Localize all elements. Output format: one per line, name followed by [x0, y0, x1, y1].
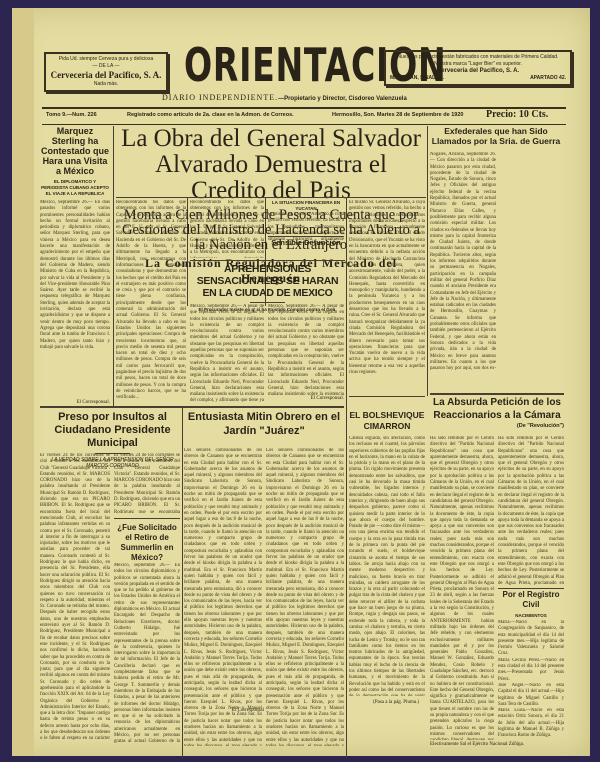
body-yucatan-cont: El mismo Sr. General Alvarado, a cuya ge… — [349, 200, 425, 396]
article-summerlin: ¿Fue Solicitado el Retiro de Summerlin e… — [114, 523, 180, 563]
volume-number: Tomo 9.—Num. 226 — [46, 112, 97, 118]
ad-left-cerveceria: Pida Ud. siempre Cerveza pura y delicios… — [44, 52, 168, 92]
rule — [190, 260, 345, 261]
body-absurda-cont: Ha sido remitido por el Centro directivo… — [498, 436, 564, 586]
masthead-subtitle: DIARIO INDEPENDIENTE.—Propietario y Dire… — [162, 93, 407, 102]
signature-aprehensiones: El Corresponsal. — [268, 396, 344, 401]
ad-left-brand: Cerveceria del Pacifico, S. A. — [50, 70, 162, 81]
body-mitin-cont: Los señores comisionados de los obreros … — [266, 448, 344, 746]
body-main-cont: Reconcentrando los datos que obtenemos c… — [190, 200, 264, 258]
rule — [114, 518, 180, 519]
signature-bolshevique: (Pasa a la pág. Pluma.) — [349, 700, 419, 705]
ad-right-brand: Cerveceria del Pacifico, S. A. — [390, 68, 566, 75]
rule — [430, 393, 564, 395]
signature-absurda: Electivamente Sal el Ejército Nacional Z… — [430, 742, 530, 747]
body-exfederales: Nogales, Arizona, Septiembre 26.— Con di… — [430, 152, 496, 372]
headline-summerlin: ¿Fue Solicitado el Retiro de Summerlin e… — [114, 523, 180, 563]
headline-registro: Por el Registro Civil — [498, 590, 564, 610]
headline-yucatan: LA SITUACION FINANCIERA EN YUCATAN — [268, 200, 344, 212]
owner-text: —Propietario y Director, Cisdoreo Valenz… — [278, 96, 407, 102]
article-mitin: Entusiasta Mitin Obrero en el Jardín "Ju… — [184, 410, 344, 438]
ad-right-cerveceria: Nuestros productos están fabricados con … — [384, 50, 572, 86]
subhead-marquez: EL DIPLOMATICO Y PERIODISTA CUBANO ACEPT… — [40, 179, 110, 197]
registro-entry: María.—Nació en la Congregación de Sanju… — [498, 620, 564, 658]
source-absurda: (De "Revolución") — [430, 422, 564, 430]
headline-absurda: La Absurda Petición de los Reaccionarios… — [430, 396, 564, 422]
body-aprehensiones: México, Septiembre 26.— A pesar de que r… — [190, 304, 264, 402]
price: Precio: 10 Cts. — [486, 109, 548, 120]
rule — [268, 236, 344, 237]
subtitle-text: DIARIO INDEPENDIENTE. — [162, 93, 278, 102]
ad-right-box: APARTADO 42. — [530, 75, 566, 82]
ad-right-line2: Nuestra marca "Lager Bier" es superior. — [390, 61, 566, 68]
rule — [184, 406, 344, 408]
rule — [349, 396, 425, 397]
article-exfederales: Exfederales que han Sido Llamados por la… — [430, 126, 562, 372]
headline-mitin: Entusiasta Mitin Obrero en el Jardín "Ju… — [184, 410, 344, 438]
rule — [40, 406, 185, 408]
main-deck-rule — [116, 197, 426, 198]
article-registro: Por el Registro Civil NACIMIENTOS María.… — [498, 590, 564, 740]
rule — [498, 588, 564, 589]
headline-main: La Obra del General Salvador Alvarado De… — [116, 126, 426, 204]
headline-defuncion: Sensible Defunción — [268, 238, 344, 247]
registro-entry: María Luisa.—Nació en esta estación Orti… — [498, 708, 564, 739]
article-bolshevique: EL BOLSHEVIQUE CIMARRON — [349, 410, 425, 432]
body-preso: El viernes 24 de los corrientes se citó … — [40, 453, 110, 743]
signature-marquez: El Corresponsal. — [40, 400, 110, 405]
registro-entry: María Cecilia Pérez.—Nació en esta ciuda… — [498, 658, 564, 683]
article-marquez: Marquez Sterling ha Contestado que Hara … — [40, 126, 110, 405]
headline-bolshevique: EL BOLSHEVIQUE CIMARRON — [349, 410, 425, 432]
headline-marquez: Marquez Sterling ha Contestado que Hara … — [40, 126, 110, 176]
registro-entry: José Angel.—Nació en esta Capital el día… — [498, 683, 564, 708]
registration-note: Registrado como artículo de 2a. clase en… — [127, 112, 294, 118]
dateline: Hermosillo, Son. Martes 28 de Septiembre… — [332, 112, 463, 118]
ad-right-place: MAZATLAN, SINALOA. — [390, 75, 444, 82]
column-rule — [113, 126, 114, 406]
ad-left-line2: — DE LA — — [50, 63, 162, 70]
headline-aprehensiones: APREHENSIONES SENSACIONALES SE HARAN EN … — [190, 263, 345, 299]
ad-left-line1: Pida Ud. siempre Cerveza pura y delicios… — [50, 56, 162, 63]
newspaper-page: Pida Ud. siempre Cerveza pura y delicios… — [12, 8, 590, 756]
article-absurda: La Absurda Petición de los Reaccionarios… — [430, 396, 564, 430]
body-marquez: México, Septiembre 26.— En días pasados … — [40, 200, 110, 400]
headline-exfederales: Exfederales que han Sido Llamados por la… — [430, 126, 562, 146]
body-bolshevique: Cabeza erguida, sin afectación, como los… — [349, 436, 425, 696]
paper-fold-edge — [12, 8, 34, 756]
body-preso-cont: El viernes 24 de los corrientes se citó … — [114, 453, 180, 513]
ad-right-line1: Nuestros productos están fabricados con … — [390, 54, 566, 61]
rule — [250, 302, 285, 303]
body-main: Reconcentrando los datos que obtenemos c… — [116, 200, 186, 410]
body-aprehensiones-cont: México, Septiembre 26.— A pesar de que r… — [268, 304, 344, 396]
section-nacimientos: NACIMIENTOS — [498, 612, 564, 620]
column-rule — [427, 126, 428, 396]
ad-left-line3: Nada más. — [50, 81, 162, 88]
body-absurda: Ha sido remitido por el Centro directivo… — [430, 436, 494, 740]
body-mitin: Los señores comisionados de los obreros … — [184, 448, 262, 746]
article-defuncion: Sensible Defunción — [268, 238, 344, 247]
ad-right-address: MAZATLAN, SINALOA. APARTADO 42. — [390, 75, 566, 82]
body-summerlin: México, septiembre 26.— En todos los cír… — [114, 563, 180, 743]
headline-preso: Preso por Insultos al Ciudadano Presiden… — [40, 411, 185, 450]
